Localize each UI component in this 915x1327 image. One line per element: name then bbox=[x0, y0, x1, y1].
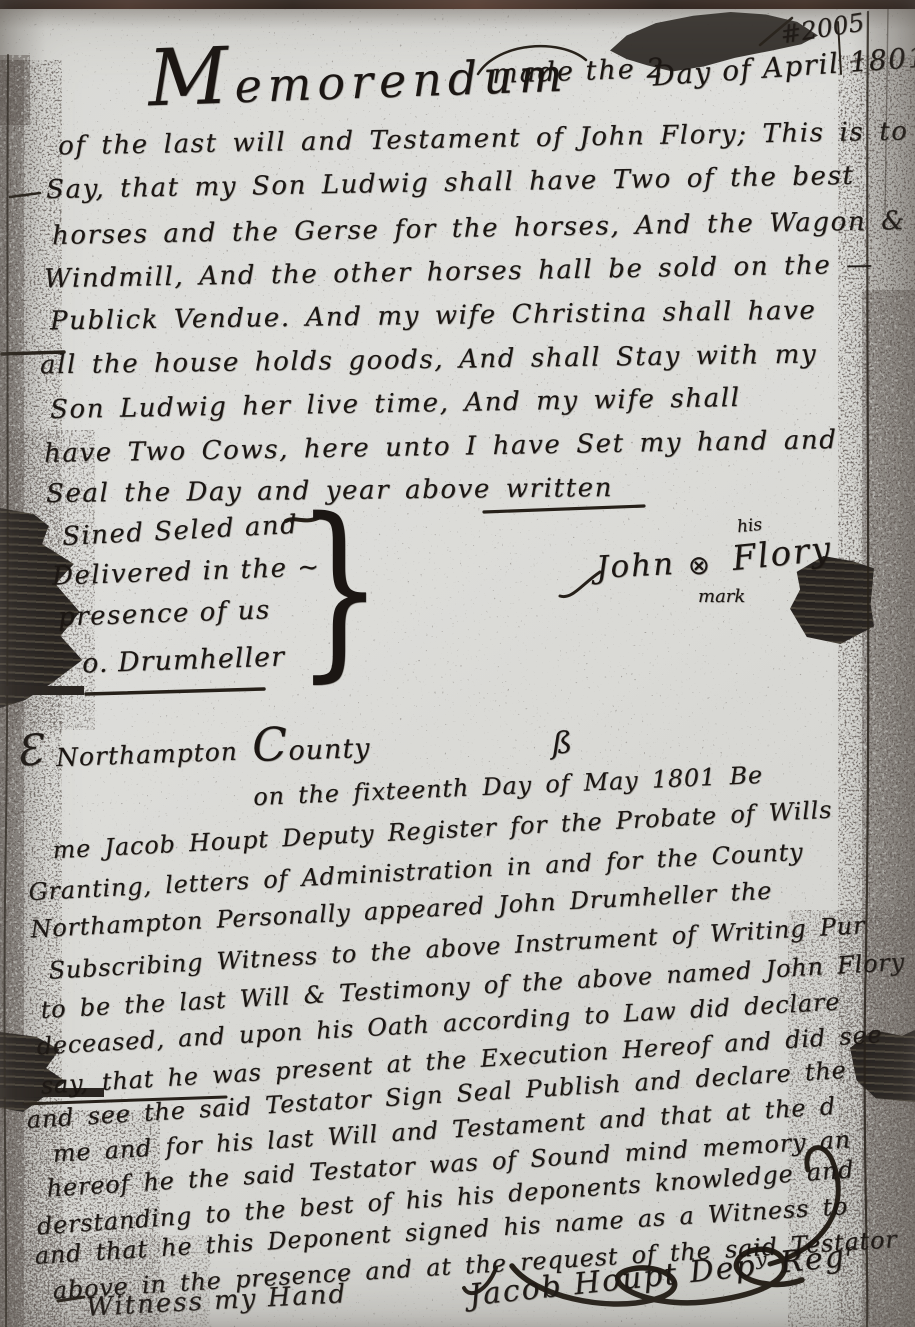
testator-mark-symbol: ⊗ bbox=[688, 551, 710, 581]
testator-first-name: John bbox=[595, 546, 676, 586]
witness-signature-drumheller: o. Drumheller bbox=[82, 641, 286, 679]
will-line: Son Ludwig her live time, And my wife sh… bbox=[50, 383, 741, 425]
probate-county-word: County bbox=[251, 714, 371, 772]
will-line: have Two Cows, here unto I have Set my h… bbox=[44, 425, 838, 469]
header-made-the: made the 2 bbox=[492, 53, 667, 90]
will-line: all the house holds goods, And shall Sta… bbox=[40, 340, 818, 381]
probate-ornament: Ɛ bbox=[14, 725, 45, 776]
attestation-brace: } bbox=[296, 494, 383, 684]
will-line: horses and the Gerse for the horses, And… bbox=[52, 205, 915, 251]
will-line: of the last will and Testament of John F… bbox=[58, 117, 909, 162]
attestation-line: presence of us bbox=[58, 595, 272, 632]
will-line: Publick Vendue. And my wife Christina sh… bbox=[50, 296, 817, 337]
probate-ss-mark: ß bbox=[551, 726, 572, 762]
archive-number-annotation: #2005 bbox=[778, 8, 866, 50]
scan-top-edge bbox=[0, 0, 915, 9]
probate-county-place: Northampton bbox=[56, 737, 239, 772]
scanned-will-document: Memorendum made the 2 Day of April 1801 … bbox=[0, 0, 915, 1327]
will-line: Windmill, And the other horses hall be s… bbox=[44, 250, 874, 294]
will-line: Say, that my Son Ludwig shall have Two o… bbox=[46, 161, 855, 205]
attestation-line: Sined Seled and bbox=[61, 510, 299, 552]
attestation-line: Delivered in the ~ bbox=[52, 552, 322, 591]
signature-mark-label: mark bbox=[698, 586, 745, 607]
signature-his-label: his bbox=[736, 515, 763, 538]
